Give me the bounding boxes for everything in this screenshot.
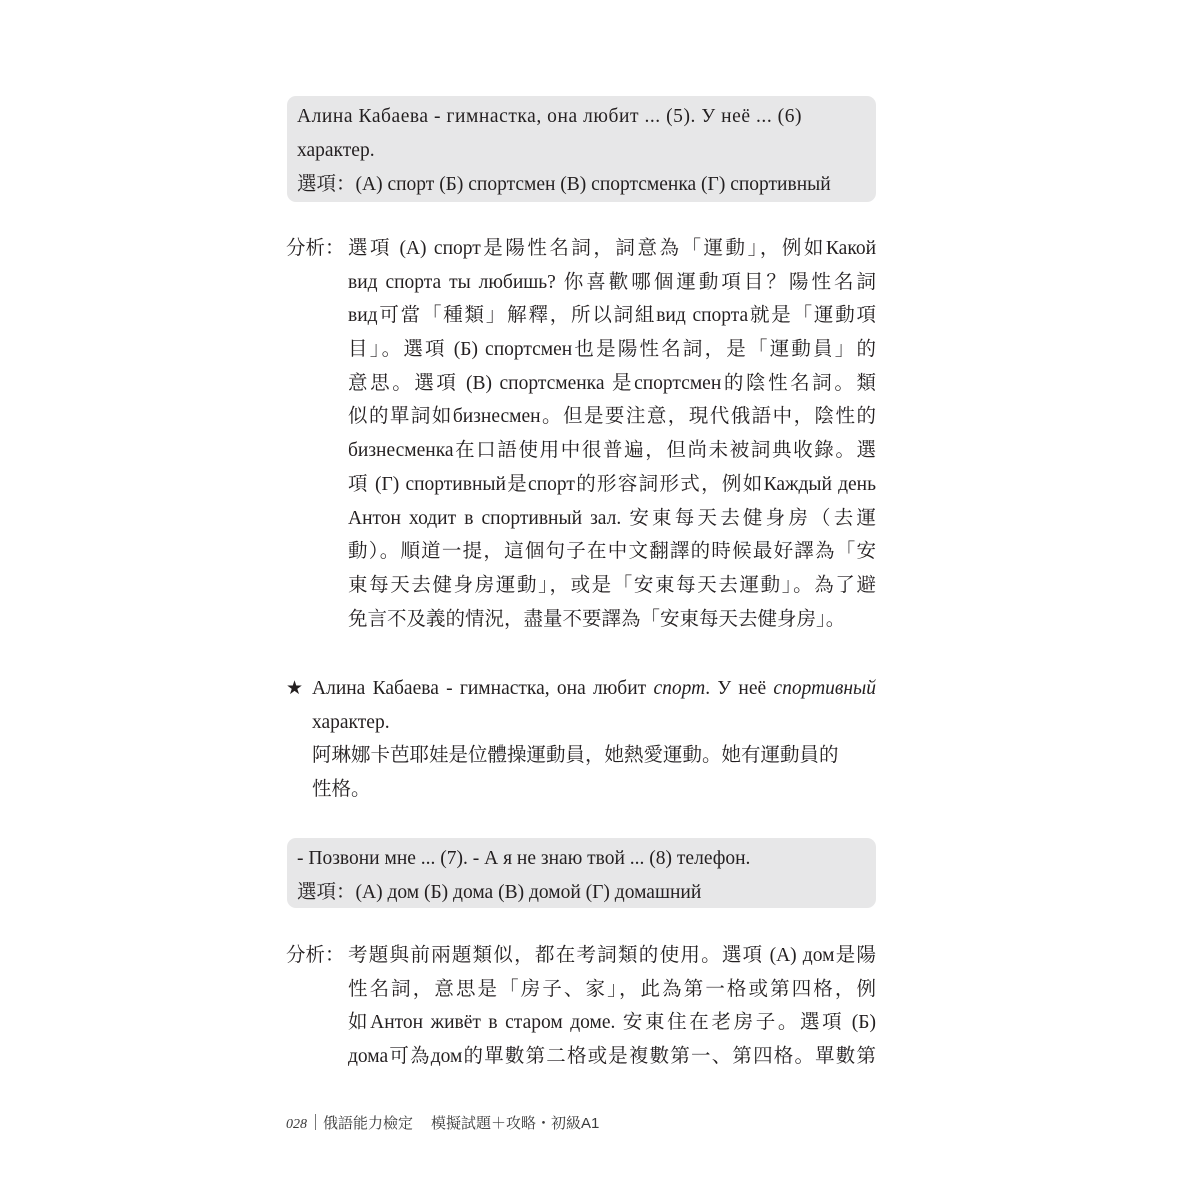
- book-subtitle: 模擬試題＋攻略・初級A1: [431, 1115, 599, 1132]
- analysis-line: дома可為дом的單數第二格或是複數第一、第四格。單數第: [348, 1040, 876, 1074]
- options-label: 選項：: [297, 174, 356, 195]
- question-sentence-line-1: Алина Кабаева - гимнастка, она любит ...…: [297, 100, 866, 134]
- translation-line-2: 性格。: [312, 773, 876, 807]
- analysis-section-5-6: 分析： 選項 (А) спорт是陽性名詞，詞意為「運動」，例如Какой ви…: [286, 232, 880, 636]
- options-list: (А) дом (Б) дома (В) домой (Г) домашний: [356, 882, 702, 903]
- analysis-label: 分析：: [286, 232, 345, 266]
- answer-text: Алина Кабаева - гимнастка, она любит: [312, 678, 653, 699]
- question-sentence-line-1: - Позвони мне ... (7). - А я не знаю тво…: [297, 842, 866, 876]
- analysis-line: 動）。順道一提，這個句子在中文翻譯的時候最好譯為「安: [348, 535, 876, 569]
- answer-6: спортивный: [773, 678, 876, 699]
- footer-divider: [315, 1114, 316, 1130]
- analysis-line: 考題與前兩題類似，都在考詞類的使用。選項 (А) дом是陽: [348, 939, 876, 973]
- analysis-line: 東每天去健身房運動」，或是「安東每天去運動」。為了避: [348, 569, 876, 603]
- book-title: 俄語能力檢定: [323, 1115, 413, 1132]
- question-options-row: 選項：(А) дом (Б) дома (В) домой (Г) домашн…: [297, 876, 866, 910]
- analysis-line: 項 (Г) спортивный是спорт的形容詞形式，例如Каждый де…: [348, 468, 876, 502]
- analysis-line: 選項 (А) спорт是陽性名詞，詞意為「運動」，例如Какой: [348, 232, 876, 266]
- page-footer: 028俄語能力檢定模擬試題＋攻略・初級A1: [286, 1112, 599, 1133]
- analysis-label: 分析：: [286, 939, 345, 973]
- analysis-line: вид可當「種類」解釋，所以詞組вид спорта就是「運動項: [348, 299, 876, 333]
- options-label: 選項：: [297, 882, 356, 903]
- answer-sentence-line-2: характер.: [312, 706, 876, 740]
- translation-line-1: 阿琳娜卡芭耶娃是位體操運動員，她熱愛運動。她有運動員的: [312, 739, 876, 773]
- page-number: 028: [286, 1117, 307, 1132]
- book-page: Алина Кабаева - гимнастка, она любит ...…: [0, 0, 1200, 1200]
- question-options-row: 選項：(А) спорт (Б) спортсмен (В) спортсмен…: [297, 168, 866, 202]
- analysis-section-7-8: 分析： 考題與前兩題類似，都在考詞類的使用。選項 (А) дом是陽 性名詞，意…: [286, 939, 880, 1074]
- analysis-line: 免言不及義的情況，盡量不要譯為「安東每天去健身房」。: [348, 603, 876, 637]
- star-icon: ★: [286, 672, 303, 706]
- question-box-5-6: Алина Кабаева - гимнастка, она любит ...…: [287, 96, 876, 202]
- question-sentence-line-2: характер.: [297, 134, 866, 168]
- question-box-7-8: - Позвони мне ... (7). - А я не знаю тво…: [287, 838, 876, 908]
- answer-sentence-line-1: Алина Кабаева - гимнастка, она любит спо…: [312, 672, 876, 706]
- answer-section-5-6: ★ Алина Кабаева - гимнастка, она любит с…: [286, 672, 880, 807]
- analysis-line: 性名詞，意思是「房子、家」，此為第一格或第四格，例: [348, 973, 876, 1007]
- answer-5: спорт: [653, 678, 705, 699]
- analysis-line: 似的單詞如бизнесмен。但是要注意，現代俄語中，陰性的: [348, 400, 876, 434]
- analysis-line: 目」。選項 (Б) спортсмен也是陽性名詞，是「運動員」的: [348, 333, 876, 367]
- answer-text: . У неё: [705, 678, 773, 699]
- analysis-line: бизнесменка在口語使用中很普遍，但尚未被詞典收錄。選: [348, 434, 876, 468]
- options-list: (А) спорт (Б) спортсмен (В) спортсменка …: [356, 174, 831, 195]
- analysis-line: вид спорта ты любишь? 你喜歡哪個運動項目？陽性名詞: [348, 266, 876, 300]
- analysis-line: Антон ходит в спортивный зал. 安東每天去健身房（去…: [348, 502, 876, 536]
- analysis-line: 意思。選項 (В) спортсменка 是спортсмен的陰性名詞。類: [348, 367, 876, 401]
- analysis-line: 如Антон живёт в старом доме. 安東住在老房子。選項 (…: [348, 1006, 876, 1040]
